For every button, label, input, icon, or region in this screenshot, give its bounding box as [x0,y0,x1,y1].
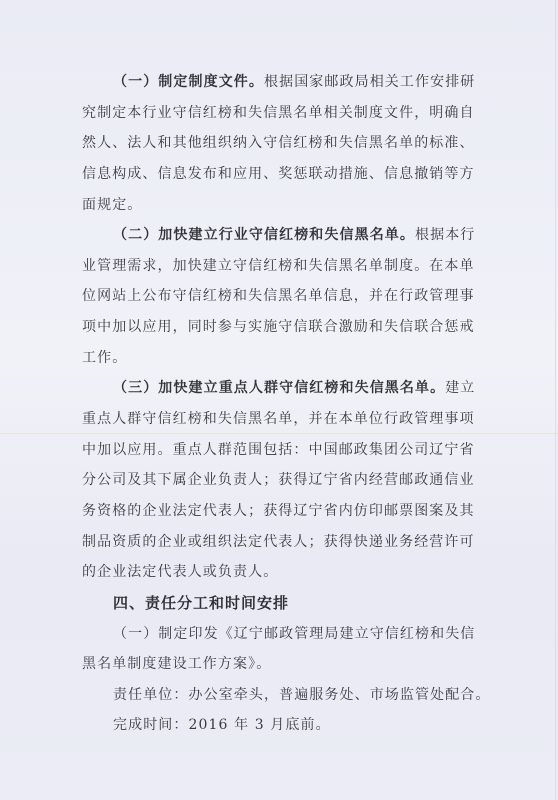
paragraph-3-line-6: 制品资质的企业或组织法定代表人；获得快递业务经营许可 [82,527,478,558]
scanned-page: （一）制定制度文件。根据国家邮政局相关工作安排研 究制定本行业守信红榜和失信黑名… [0,0,558,800]
paragraph-3-line-7: 的企业法定代表人或负责人。 [82,557,478,588]
deadline-line: 完成时间：2016 年 3 月底前。 [82,710,478,741]
section-heading: 四、责任分工和时间安排 [82,588,478,619]
body-text: 根据国家邮政局相关工作安排研 [264,74,475,90]
subheading-1: （一）制定制度文件。 [113,74,264,90]
responsible-unit-label: 责任单位： [113,687,189,703]
responsible-unit-line: 责任单位：办公室牵头，普遍服务处、市场监管处配合。 [82,680,478,711]
subheading-2: （二）加快建立行业守信红榜和失信黑名单。 [113,227,415,243]
body-text: 建立 [445,380,475,396]
paragraph-1-line-1: （一）制定制度文件。根据国家邮政局相关工作安排研 [82,67,478,98]
paragraph-3-line-1: （三）加快建立重点人群守信红榜和失信黑名单。建立 [82,373,478,404]
responsible-unit-value: 办公室牵头，普遍服务处、市场监管处配合。 [189,687,491,703]
paragraph-3-line-5: 务资格的企业法定代表人；获得辽宁省内仿印邮票图案及其 [82,496,478,527]
paragraph-3-line-3: 中加以应用。重点人群范围包括：中国邮政集团公司辽宁省 [82,435,478,466]
paragraph-1-line-5: 面规定。 [82,190,478,221]
body-text: 根据本行 [415,227,475,243]
paragraph-1-line-2: 究制定本行业守信红榜和失信黑名单相关制度文件，明确自 [82,98,478,129]
paragraph-2-line-3: 位网站上公布守信红榜和失信黑名单信息，并在行政管理事 [82,281,478,312]
paragraph-3-line-2: 重点人群守信红榜和失信黑名单，并在本单位行政管理事项 [82,404,478,435]
paragraph-3-line-4: 分公司及其下属企业负责人；获得辽宁省内经营邮政通信业 [82,465,478,496]
deadline-value: 2016 年 3 月底前。 [189,717,331,733]
paragraph-2-line-5: 工作。 [82,343,478,374]
paragraph-2-line-1: （二）加快建立行业守信红榜和失信黑名单。根据本行 [82,220,478,251]
paragraph-1-line-4: 信息构成、信息发布和应用、奖惩联动措施、信息撤销等方 [82,159,478,190]
page-edge [555,0,556,800]
subheading-3: （三）加快建立重点人群守信红榜和失信黑名单。 [113,380,445,396]
paragraph-2-line-2: 业管理需求，加快建立守信红榜和失信黑名单制度。在本单 [82,251,478,282]
deadline-label: 完成时间： [113,717,189,733]
paragraph-2-line-4: 项中加以应用，同时参与实施守信联合激励和失信联合惩戒 [82,312,478,343]
section-4-item-1-line-2: 黑名单制度建设工作方案》。 [82,649,478,680]
section-4-item-1-line-1: （一）制定印发《辽宁邮政管理局建立守信红榜和失信 [82,619,478,650]
paragraph-1-line-3: 然人、法人和其他组织纳入守信红榜和失信黑名单的标准、 [82,128,478,159]
document-body: （一）制定制度文件。根据国家邮政局相关工作安排研 究制定本行业守信红榜和失信黑名… [82,67,478,741]
